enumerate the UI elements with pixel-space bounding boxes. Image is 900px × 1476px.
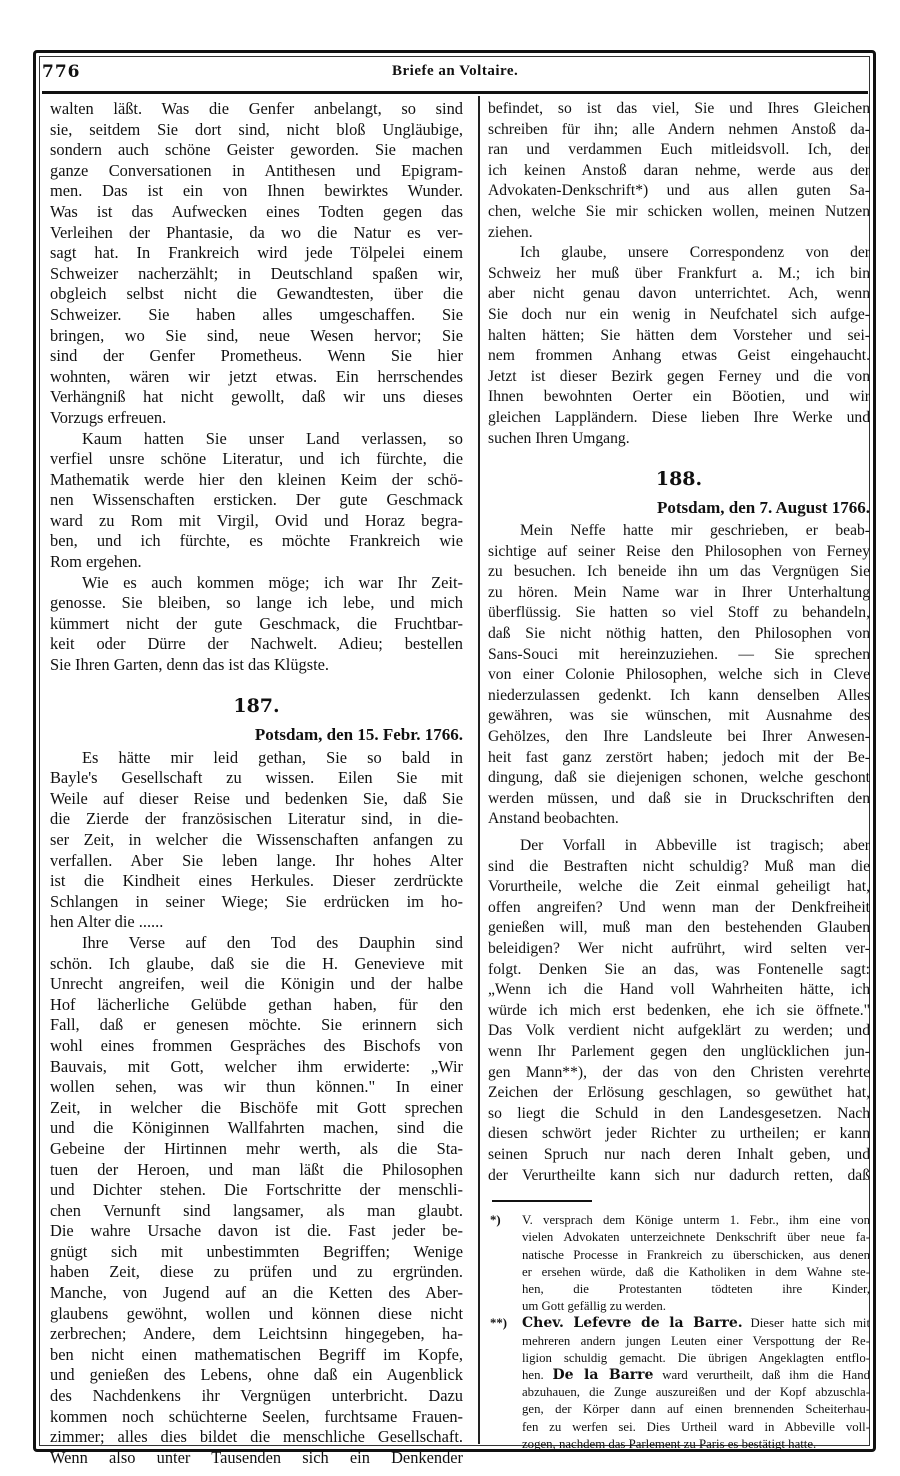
paragraph: Es hätte mir leid gethan, Sie so bald in…: [50, 748, 463, 933]
text-line: Gebeine der Hirtinnen mehr werth, als di…: [50, 1139, 463, 1160]
text-line: und die Königinnen Wallfahrten machen, s…: [50, 1118, 463, 1139]
text-line: kümmert nicht der gute Geschmack, die Fr…: [50, 614, 463, 635]
letter-number: 188.: [488, 467, 870, 491]
column-divider: [478, 96, 480, 1444]
text-line: Die wahre Ursache davon ist die. Fast je…: [50, 1221, 463, 1242]
letter-dateline: Potsdam, den 15. Febr. 1766.: [50, 724, 463, 746]
text-line: Sie doch nur ein wenig in Neufchatel sic…: [488, 305, 870, 326]
text-line: halten hätten; Sie hätten dem Vorsteher …: [488, 326, 870, 347]
text-line: folgt. Denken Sie an das, was Fontenelle…: [488, 960, 870, 981]
text-line: sie, seitdem Sie dort sind, nicht bloß U…: [50, 120, 463, 141]
text-line: Sie Ihren Garten, denn das ist das Klügs…: [50, 655, 463, 676]
text-line: des Nachdenkens ihr Vergnügen unterbrich…: [50, 1386, 463, 1407]
text-line: Schlangen in seiner Wiege; Sie erdrücken…: [50, 892, 463, 913]
text-line: Verhängniß hat nicht gewollt, daß wir un…: [50, 387, 463, 408]
text-line: ben nicht einen mathematischen Begriff i…: [50, 1345, 463, 1366]
paragraph: walten läßt. Was die Genfer anbelangt, s…: [50, 99, 463, 429]
text-line: Vorurtheile, welche die Zeit einmal gehe…: [488, 877, 870, 898]
text-line: und Dichter stehen. Die Fortschritte der…: [50, 1180, 463, 1201]
text-line: diesen schwört jeder Richter zu urtheile…: [488, 1124, 870, 1145]
footnote-text: ward verurtheilt, daß ihm die Hand: [662, 1368, 870, 1382]
footnote-line: hen, die Protestanten tödteten ihre Kind…: [522, 1281, 870, 1298]
text-line: zu hören. Mein Name war in Ihrer Unterha…: [488, 583, 870, 604]
text-line: beleidigen? Wer nicht aufrührt, wird sel…: [488, 939, 870, 960]
text-line: Kaum hatten Sie unser Land verlassen, so: [50, 429, 463, 450]
text-line: keit oder Dürre der Nachwelt. Adieu; bes…: [50, 634, 463, 655]
text-line: Manche, von Jugend auf an die Ketten des…: [50, 1283, 463, 1304]
letter-dateline: Potsdam, den 7. August 1766.: [488, 497, 870, 519]
text-line: nen Wissenschaften ersticken. Der gute G…: [50, 490, 463, 511]
text-line: ser Zeit, in welcher die Wissenschaften …: [50, 830, 463, 851]
paragraph: Der Vorfall in Abbeville ist tragisch; a…: [488, 836, 870, 1186]
footnote-line: um Gott gefällig zu werden.: [522, 1298, 870, 1315]
text-line: verfallen. Aber Sie leben lange. Ihr hoh…: [50, 851, 463, 872]
text-line: schreiben für ihn; alle Andern nehmen An…: [488, 120, 870, 141]
footnote-line: abzuhauen, die Zunge auszureißen und der…: [522, 1384, 870, 1401]
footnote-line: fen zu werfen sei. Dies Urtheil ward in …: [522, 1419, 870, 1436]
text-line: von einer Colonie Philosophen, welche si…: [488, 665, 870, 686]
footnote-text: V. versprach dem Könige unterm 1. Febr.,…: [522, 1212, 870, 1315]
footnote-text: mehreren andern jungen Leuten einer Vers…: [522, 1333, 870, 1367]
text-line: kommen noch schüchterne Seelen, furchtsa…: [50, 1407, 463, 1428]
text-line: chen Vernunft sind langsamer, als man gl…: [50, 1201, 463, 1222]
text-line: gnügt sich mit unbestimmten Begriffen; W…: [50, 1242, 463, 1263]
text-line: schön. Ich glaube, daß sie die H. Genevi…: [50, 954, 463, 975]
text-line: haben Zeit, diese zu prüfen und zu ergrü…: [50, 1262, 463, 1283]
footnote-line: vielen Advokaten unterzeichnete Denkschr…: [522, 1229, 870, 1246]
text-line: werden müssen, und daß sie in Druckschri…: [488, 789, 870, 810]
text-line: ganze Conversationen in Antithesen und E…: [50, 161, 463, 182]
text-line: ist die Kindheit eines Herkules. Dieser …: [50, 871, 463, 892]
text-line: chen, welche Sie mir schicken wollen, me…: [488, 202, 870, 223]
text-line: offen angreifen? Und wenn man der Denkfr…: [488, 898, 870, 919]
text-line: Wie es auch kommen möge; ich war Ihr Zei…: [50, 573, 463, 594]
text-line: ward zu Rom mit Virgil, Ovid und Horaz b…: [50, 511, 463, 532]
text-line: Mein Neffe hatte mir geschrieben, er bea…: [488, 521, 870, 542]
text-line: Zeit, in welcher die Bischöfe mit Gott s…: [50, 1098, 463, 1119]
text-line: Es hätte mir leid gethan, Sie so bald in: [50, 748, 463, 769]
paragraph: Ihre Verse auf den Tod des Dauphin sinds…: [50, 933, 463, 1468]
paragraph: Kaum hatten Sie unser Land verlassen, so…: [50, 429, 463, 573]
text-line: Was ist das Aufwecken eines Todten gegen…: [50, 202, 463, 223]
text-line: Wenn also unter Tausenden sich ein Denke…: [50, 1448, 463, 1469]
text-line: zerbrechen; Andere, dem Leichtsinn hinge…: [50, 1324, 463, 1345]
text-line: Schweizer. Sie haben alles umgeschaffen.…: [50, 305, 463, 326]
footnote-line: Chev. Lefevre de la Barre. Dieser hatte …: [522, 1315, 870, 1332]
text-line: genosse. Sie bleiben, so lange ich lebe,…: [50, 593, 463, 614]
footnote-line: mehreren andern jungen Leuten einer Vers…: [522, 1333, 870, 1350]
text-line: suchen Ihren Umgang.: [488, 429, 870, 450]
text-line: Das Volk verdient nicht aufgeklärt zu we…: [488, 1021, 870, 1042]
footnote-mark: *): [490, 1212, 501, 1229]
text-line: „Wenn ich die Hand voll Wahrheiten hätte…: [488, 980, 870, 1001]
footnote-text: abzuhauen, die Zunge auszureißen und der…: [522, 1384, 870, 1453]
text-line: wenn Ihr Parlement gegen den unglücklich…: [488, 1042, 870, 1063]
text-line: bringen, wo Sie sind, neue Wesen hervor;…: [50, 326, 463, 347]
text-line: Ich glaube, unsere Correspondenz von der: [488, 243, 870, 264]
text-line: Schweizer nacherzählt; in Deutschland sp…: [50, 264, 463, 285]
text-line: Zeichen der Erlösung geschlagen, so gewü…: [488, 1083, 870, 1104]
text-line: die Zierde der französischen Literatur s…: [50, 809, 463, 830]
text-line: dingung, daß sie diejenigen schonen, wel…: [488, 768, 870, 789]
text-line: würde ich mich erst bedenken, ehe ich si…: [488, 1001, 870, 1022]
text-line: verfiel unsre schöne Literatur, und ich …: [50, 449, 463, 470]
text-line: sondern auch schöne Geister geworden. Si…: [50, 140, 463, 161]
text-line: Bayle's Gesellschaft zu wissen. Eilen Si…: [50, 768, 463, 789]
header-rule: [42, 91, 868, 94]
text-line: Der Vorfall in Abbeville ist tragisch; a…: [488, 836, 870, 857]
left-column: walten läßt. Was die Genfer anbelangt, s…: [50, 99, 463, 1468]
footnote-1: *) V. versprach dem Könige unterm 1. Feb…: [488, 1212, 870, 1315]
text-line: befindet, so ist das viel, Sie und Ihres…: [488, 99, 870, 120]
text-line: Bauvais, mit Gott, welcher ihm erwiderte…: [50, 1057, 463, 1078]
text-line: hen Alter die ......: [50, 912, 463, 933]
text-line: Hof lächerliche Gelübde gethan haben, fü…: [50, 995, 463, 1016]
right-column: befindet, so ist das viel, Sie und Ihres…: [488, 99, 870, 1453]
running-head: Briefe an Voltaire.: [392, 63, 518, 80]
text-line: heit fast ganz zerstört haben; jedoch mi…: [488, 748, 870, 769]
text-line: Advokaten-Denkschrift*) und aus allen gu…: [488, 181, 870, 202]
text-line: aber nicht genau davon unterrichtet. Ach…: [488, 284, 870, 305]
text-line: sind der Genfer Prometheus. Wenn Sie hie…: [50, 346, 463, 367]
page-header: 776 Briefe an Voltaire.: [42, 62, 868, 88]
text-line: Verleihen der Phantasie, da wo die Natur…: [50, 223, 463, 244]
text-line: Fall, daß er genesen möchte. Sie erinner…: [50, 1015, 463, 1036]
text-line: Jetzt ist dieser Bezirk gegen Ferney und…: [488, 367, 870, 388]
text-line: Ihre Verse auf den Tod des Dauphin sind: [50, 933, 463, 954]
page-number: 776: [42, 62, 81, 82]
text-line: Vorzugs erfreuen.: [50, 408, 463, 429]
text-line: Sans-Souci mit hereinzuziehen. — Sie spr…: [488, 645, 870, 666]
text-line: Anstand beobachten.: [488, 809, 870, 830]
text-line: wohl eines frommen Gespräches des Bischo…: [50, 1036, 463, 1057]
footnote-line: zogen, nachdem das Parlement zu Paris es…: [522, 1436, 870, 1453]
text-line: niederzulassen gedenkt. Ich kann denselb…: [488, 686, 870, 707]
text-line: sichtige auf seiner Reise den Philosophe…: [488, 542, 870, 563]
text-line: so liegt die Schuld in den Landesgesetze…: [488, 1104, 870, 1125]
text-line: gleichen Lappländern. Diese lieben Ihre …: [488, 408, 870, 429]
footnote-line: ligion schuldig gemacht. Die übrigen Ang…: [522, 1350, 870, 1367]
text-line: Ihnen bewohnten Oerter ein Böotien, und …: [488, 387, 870, 408]
text-line: sagt hat. In Frankreich wird jede Tölpel…: [50, 243, 463, 264]
text-line: zimmer; alles dies bildet die menschlich…: [50, 1427, 463, 1448]
text-line: genießen will, muß man den bestehenden G…: [488, 918, 870, 939]
text-line: nem frommen Anhang etwas Geist eingehauc…: [488, 346, 870, 367]
text-line: men. Das ist ein von Ihnen bewirktes Wun…: [50, 181, 463, 202]
text-line: seinen Spruch nur nach deren Inhalt gebe…: [488, 1145, 870, 1166]
text-line: wohnten, wären wir jetzt etwas. Ein herr…: [50, 367, 463, 388]
text-line: sind die Bestraften nicht schuldig? Muß …: [488, 857, 870, 878]
text-line: gewähren, was sie wünschen, mit Ausnahme…: [488, 706, 870, 727]
footnote-text: hen.: [522, 1368, 544, 1382]
letter-number: 187.: [50, 694, 463, 718]
text-line: ich keinen Anstoß daran nehme, werde aus…: [488, 161, 870, 182]
text-line: ziehen.: [488, 223, 870, 244]
footnote-text: Dieser hatte sich mit: [750, 1316, 870, 1330]
text-line: und genießen des Lebens, ohne daß ein Au…: [50, 1365, 463, 1386]
paragraph: befindet, so ist das viel, Sie und Ihres…: [488, 99, 870, 243]
text-line: daß Sie nicht nöthig hatten, den Philoso…: [488, 624, 870, 645]
paragraph: Mein Neffe hatte mir geschrieben, er bea…: [488, 521, 870, 830]
spacer: [50, 676, 463, 684]
footnote-2: **) Chev. Lefevre de la Barre. Dieser ha…: [488, 1315, 870, 1453]
footnote-rule: [492, 1200, 592, 1202]
footnote-name: Chev. Lefevre de la Barre.: [522, 1315, 743, 1331]
footnote-line: gen, der Körper dann auf einen brennende…: [522, 1401, 870, 1418]
text-line: glaubens gewöhnt, wollen und können dies…: [50, 1304, 463, 1325]
footnote-line: natische Processe in Frankreich zu übers…: [522, 1247, 870, 1264]
text-line: gen Mann**), der das von den Christen ve…: [488, 1063, 870, 1084]
footnote-line: V. versprach dem Könige unterm 1. Febr.,…: [522, 1212, 870, 1229]
text-line: Weile auf dieser Reise und bedenken Sie,…: [50, 789, 463, 810]
footnote-line: er ersehen würde, daß die Katholiken in …: [522, 1264, 870, 1281]
text-line: der Verurtheilte kann sich nur dadurch r…: [488, 1166, 870, 1187]
text-line: Gehölzes, den Ihre Landsleute bei Ihrer …: [488, 727, 870, 748]
footnote-line: hen. De la Barre ward verurtheilt, daß i…: [522, 1367, 870, 1384]
text-line: Mathematik werde hier den kleinen Keim d…: [50, 470, 463, 491]
text-line: Unrecht angreifen, weil die Königin und …: [50, 974, 463, 995]
footnote-mark: **): [490, 1315, 507, 1332]
spacer: [488, 449, 870, 457]
text-line: wollen sehen, was wir thun können." In e…: [50, 1077, 463, 1098]
footnotes: *) V. versprach dem Könige unterm 1. Feb…: [488, 1212, 870, 1453]
text-line: tuen der Heroen, und man läßt die Philos…: [50, 1160, 463, 1181]
text-line: ran und verdammen Euch mitleidsvoll. Ich…: [488, 140, 870, 161]
text-line: walten läßt. Was die Genfer anbelangt, s…: [50, 99, 463, 120]
text-line: überflüssig. Sie hatten so viel Stoff zu…: [488, 603, 870, 624]
paragraph: Wie es auch kommen möge; ich war Ihr Zei…: [50, 573, 463, 676]
text-line: Rom ergehen.: [50, 552, 463, 573]
text-line: ben, und ich fürchte, es möchte Frankrei…: [50, 531, 463, 552]
footnote-name: De la Barre: [552, 1367, 653, 1383]
paragraph: Ich glaube, unsere Correspondenz von der…: [488, 243, 870, 449]
text-line: Schweiz her muß über Frankfurt a. M.; ic…: [488, 264, 870, 285]
text-line: obgleich selbst nicht die Gewandtesten, …: [50, 284, 463, 305]
text-line: zu besuchen. Ich beneide ihn um das Verg…: [488, 562, 870, 583]
